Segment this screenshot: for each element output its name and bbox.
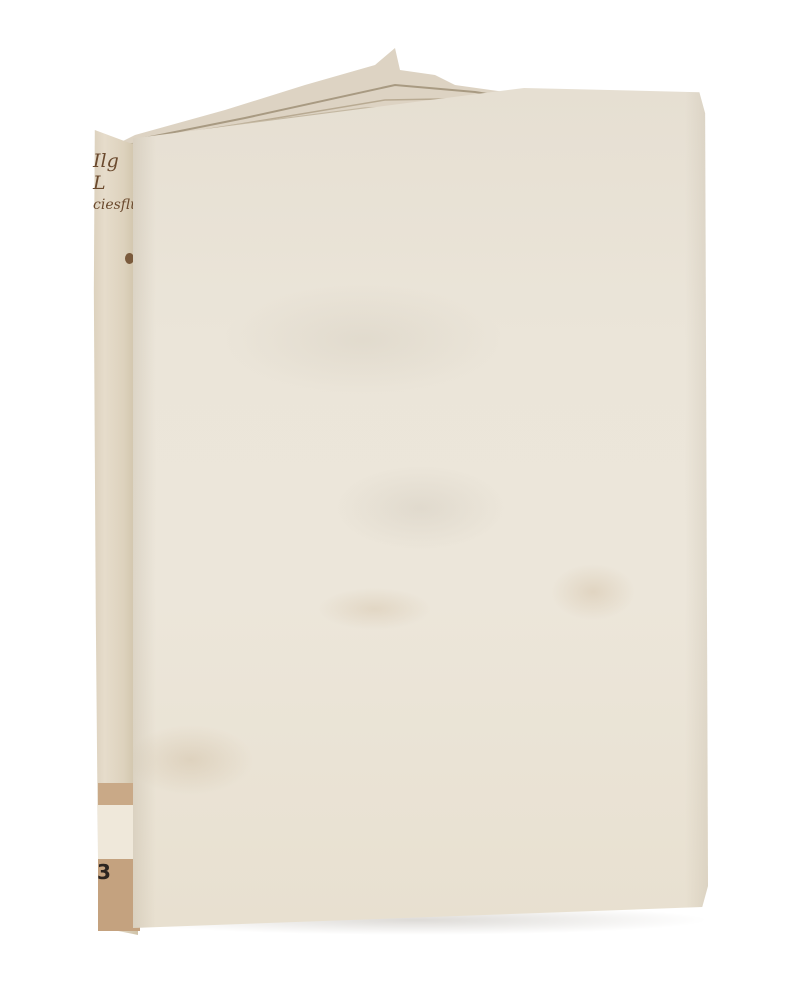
spine-label-band-top bbox=[98, 783, 138, 805]
spine-inscription-line: ciesflu bbox=[93, 194, 138, 216]
shelfmark-number: 3 bbox=[97, 860, 111, 884]
cover-edge-shading bbox=[133, 88, 708, 928]
spine-ink-spot bbox=[125, 253, 134, 264]
spine-inscription-line: L bbox=[93, 172, 138, 194]
spine-inscription: Ilg L ciesflu bbox=[93, 150, 138, 216]
spine-inscription-line: Ilg bbox=[93, 150, 138, 172]
book-photo: Ilg L ciesflu 3 bbox=[0, 0, 787, 1000]
